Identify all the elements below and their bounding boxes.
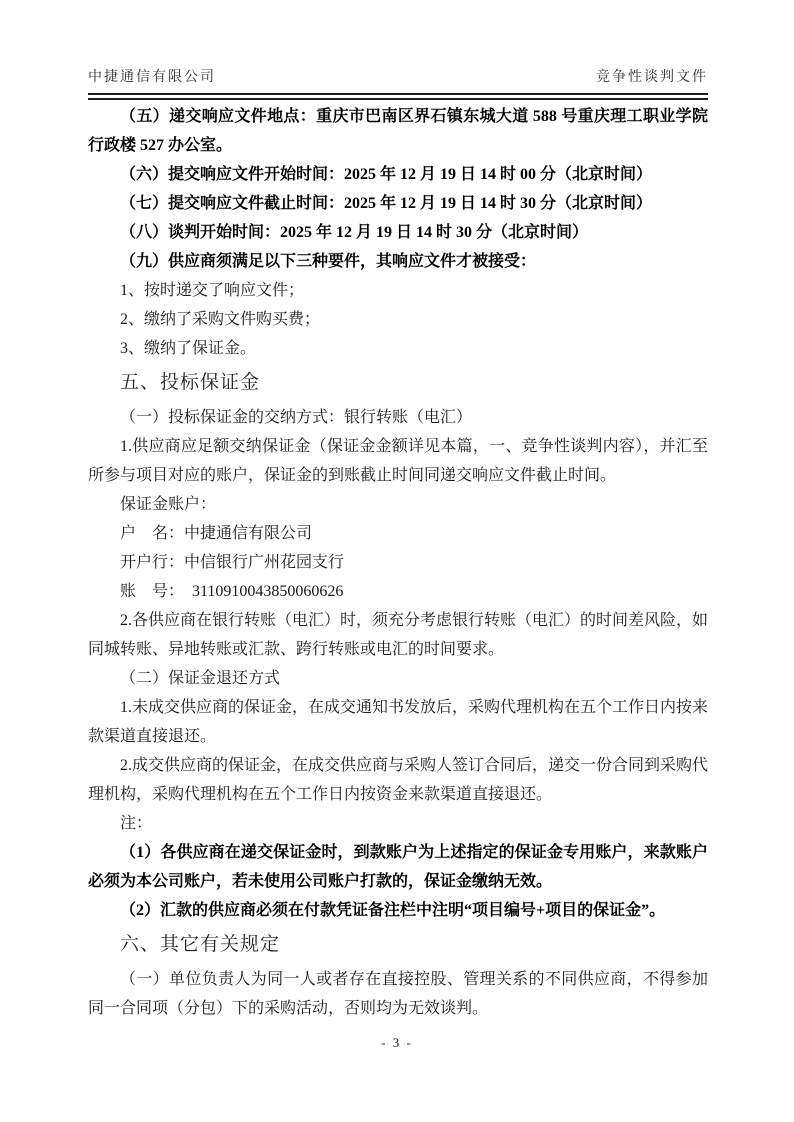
requirement-item-1: 1、按时递交了响应文件； (88, 276, 708, 305)
section-6-heading: 六、其它有关规定 (88, 928, 708, 961)
header-doc-type: 竞争性谈判文件 (596, 66, 708, 86)
clause-9-acceptance-requirements: （九）供应商须满足以下三种要件，其响应文件才被接受： (88, 247, 708, 276)
deposit-payment-method: （一）投标保证金的交纳方式：银行转账（电汇） (88, 403, 708, 432)
refund-successful-clause: 2.成交供应商的保证金，在成交供应商与采购人签订合同后，递交一份合同到采购代理机… (88, 751, 708, 809)
header-company-name: 中捷通信有限公司 (88, 66, 216, 86)
clause-6-start-time: （六）提交响应文件开始时间：2025 年 12 月 19 日 14 时 00 分… (88, 160, 708, 189)
document-page: 中捷通信有限公司 竞争性谈判文件 （五）递交响应文件地点：重庆市巴南区界石镇东城… (0, 0, 794, 1122)
transfer-risk-clause: 2.各供应商在银行转账（电汇）时，须充分考虑银行转账（电汇）的时间差风险，如同城… (88, 606, 708, 664)
note-label: 注： (88, 809, 708, 838)
refund-unsuccessful-clause: 1.未成交供应商的保证金，在成交通知书发放后，采购代理机构在五个工作日内按来款渠… (88, 693, 708, 751)
document-body: （五）递交响应文件地点：重庆市巴南区界石镇东城大道 588 号重庆理工职业学院行… (88, 102, 708, 1023)
bank-branch-name: 开户行：中信银行广州花园支行 (88, 548, 708, 577)
note-item-1: （1）各供应商在递交保证金时，到款账户为上述指定的保证金专用账户，来款账户必须为… (88, 838, 708, 896)
account-number: 账 号： 3110910043850060626 (88, 577, 708, 606)
requirement-item-3: 3、缴纳了保证金。 (88, 334, 708, 363)
requirement-item-2: 2、缴纳了采购文件购买费； (88, 305, 708, 334)
clause-5-submission-location: （五）递交响应文件地点：重庆市巴南区界石镇东城大道 588 号重庆理工职业学院行… (88, 102, 708, 160)
deposit-amount-clause: 1.供应商应足额交纳保证金（保证金金额详见本篇，一、竞争性谈判内容），并汇至所参… (88, 432, 708, 490)
note-item-2: （2）汇款的供应商必须在付款凭证备注栏中注明“项目编号+项目的保证金”。 (88, 896, 708, 925)
deposit-refund-subheading: （二）保证金退还方式 (88, 664, 708, 693)
account-holder-name: 户 名：中捷通信有限公司 (88, 519, 708, 548)
header-divider (88, 93, 708, 100)
page-header: 中捷通信有限公司 竞争性谈判文件 (88, 66, 708, 86)
page-number: - 3 - (0, 1035, 794, 1051)
clause-7-deadline-time: （七）提交响应文件截止时间：2025 年 12 月 19 日 14 时 30 分… (88, 189, 708, 218)
section-5-heading: 五、投标保证金 (88, 366, 708, 399)
other-provision-1: （一）单位负责人为同一人或者存在直接控股、管理关系的不同供应商，不得参加同一合同… (88, 965, 708, 1023)
clause-8-negotiation-time: （八）谈判开始时间：2025 年 12 月 19 日 14 时 30 分（北京时… (88, 218, 708, 247)
deposit-account-label: 保证金账户： (88, 490, 708, 519)
